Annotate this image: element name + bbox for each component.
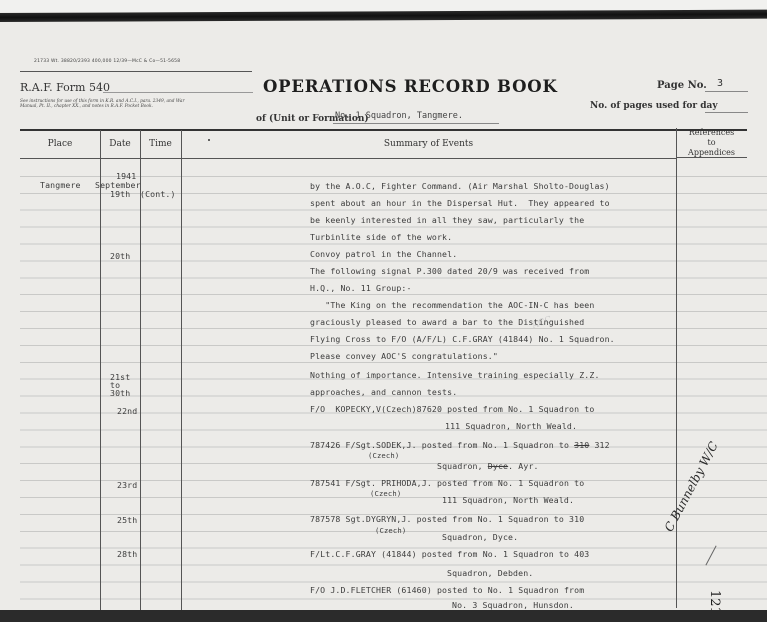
ruled-lines <box>20 160 767 610</box>
summary-line: F/Lt.C.F.GRAY (41844) posted from No. 1 … <box>310 549 589 559</box>
column-divider-time <box>181 130 182 610</box>
page-title: OPERATIONS RECORD BOOK <box>263 77 558 96</box>
struck-text: 310 <box>574 440 589 450</box>
summary-line-sodek: 787426 F/Sgt.SODEK,J. posted from No. 1 … <box>310 440 610 450</box>
nationality-note: (Czech) <box>368 451 399 460</box>
summary-line: Turbinlite side of the work. <box>310 232 452 242</box>
place: Tangmere <box>40 180 81 190</box>
summary-line: 111 Squadron, North Weald. <box>445 421 577 431</box>
page-bottom-edge <box>0 610 767 622</box>
divider <box>20 71 252 72</box>
summary-line: graciously pleased to award a bar to the… <box>310 317 584 327</box>
summary-line: Squadron, Debden. <box>447 568 533 578</box>
struck-text: Dyce <box>488 461 508 471</box>
summary-line: H.Q., No. 11 Group:- <box>310 283 412 293</box>
summary-line: No. 3 Squadron, Hunsdon. <box>452 600 574 610</box>
summary-text: Squadron, <box>437 461 488 471</box>
summary-line: be keenly interested in all they saw, pa… <box>310 215 584 225</box>
date-22: 22nd <box>117 406 137 416</box>
summary-line-sodek-2: Squadron, Dyce. Ayr. <box>437 461 539 471</box>
column-divider-summary <box>676 128 677 608</box>
summary-line: F/O J.D.FLETCHER (61460) posted to No. 1… <box>310 585 584 595</box>
header-date: Date <box>100 139 140 149</box>
summary-line: Convoy patrol in the Channel. <box>310 249 457 259</box>
nationality-note: (Czech) <box>370 489 401 498</box>
unit-line <box>333 123 499 124</box>
summary-line: The following signal P.300 dated 20/9 wa… <box>310 266 589 276</box>
summary-line: "The King on the recommendation the AOC-… <box>310 300 594 310</box>
form-number: R.A.F. Form 540 <box>20 81 110 94</box>
binding-shadow <box>0 10 767 22</box>
pages-used-label: No. of pages used for day <box>590 101 718 111</box>
summary-line: F/O KOPECKY,V(Czech)87620 posted from No… <box>310 404 594 414</box>
summary-line: 111 Squadron, North Weald. <box>442 495 574 505</box>
page-number-line <box>705 91 748 92</box>
unit-value: No. 1 Squadron, Tangmere. <box>335 111 463 121</box>
header-references-label: References to Appendices <box>676 128 747 158</box>
column-divider-place <box>100 130 101 610</box>
summary-text: 787426 F/Sgt.SODEK,J. posted from No. 1 … <box>310 440 574 450</box>
summary-line: Squadron, Dyce. <box>442 532 518 542</box>
correction-text: . Ayr. <box>508 461 538 471</box>
header-place: Place <box>20 139 100 149</box>
column-divider-date <box>140 130 141 610</box>
date-30: 30th <box>110 388 130 398</box>
summary-line: Please convey AOC'S congratulations." <box>310 351 498 361</box>
date-20: 20th <box>110 251 130 261</box>
header-time: Time <box>140 139 181 149</box>
summary-line: spent about an hour in the Dispersal Hut… <box>310 198 610 208</box>
summary-line: Nothing of importance. Intensive trainin… <box>310 370 600 380</box>
table-header-rule <box>20 158 676 159</box>
date-19: 19th <box>110 189 130 199</box>
pages-used-line <box>705 112 748 113</box>
page-number: 3 <box>717 78 723 89</box>
date-25: 25th <box>117 515 137 525</box>
date-28: 28th <box>117 549 137 559</box>
summary-line: approaches, and cannon tests. <box>310 387 457 397</box>
form-instructions: See instructions for use of this form in… <box>20 99 200 110</box>
date-23: 23rd <box>117 480 137 490</box>
print-code: 21733 Wt. 38820/2393 400,000 12/39—McC &… <box>34 59 180 64</box>
header-summary: Summary of Events <box>181 139 676 149</box>
summary-line: by the A.O.C, Fighter Command. (Air Mars… <box>310 181 610 191</box>
time-19: (Cont.) <box>140 189 176 199</box>
correction-text: 312 <box>594 440 609 450</box>
summary-line: 787578 Sgt.DYGRYN,J. posted from No. 1 S… <box>310 514 584 524</box>
table-top-rule <box>20 129 747 131</box>
page-number-label: Page No. <box>657 80 707 91</box>
divider <box>103 92 253 93</box>
summary-line: 787541 F/Sgt. PRIHODA,J. posted from No.… <box>310 478 584 488</box>
summary-line: Flying Cross to F/O (A/F/L) C.F.GRAY (41… <box>310 334 615 344</box>
header-references: References to Appendices <box>676 128 747 158</box>
nationality-note: (Czech) <box>375 526 406 535</box>
